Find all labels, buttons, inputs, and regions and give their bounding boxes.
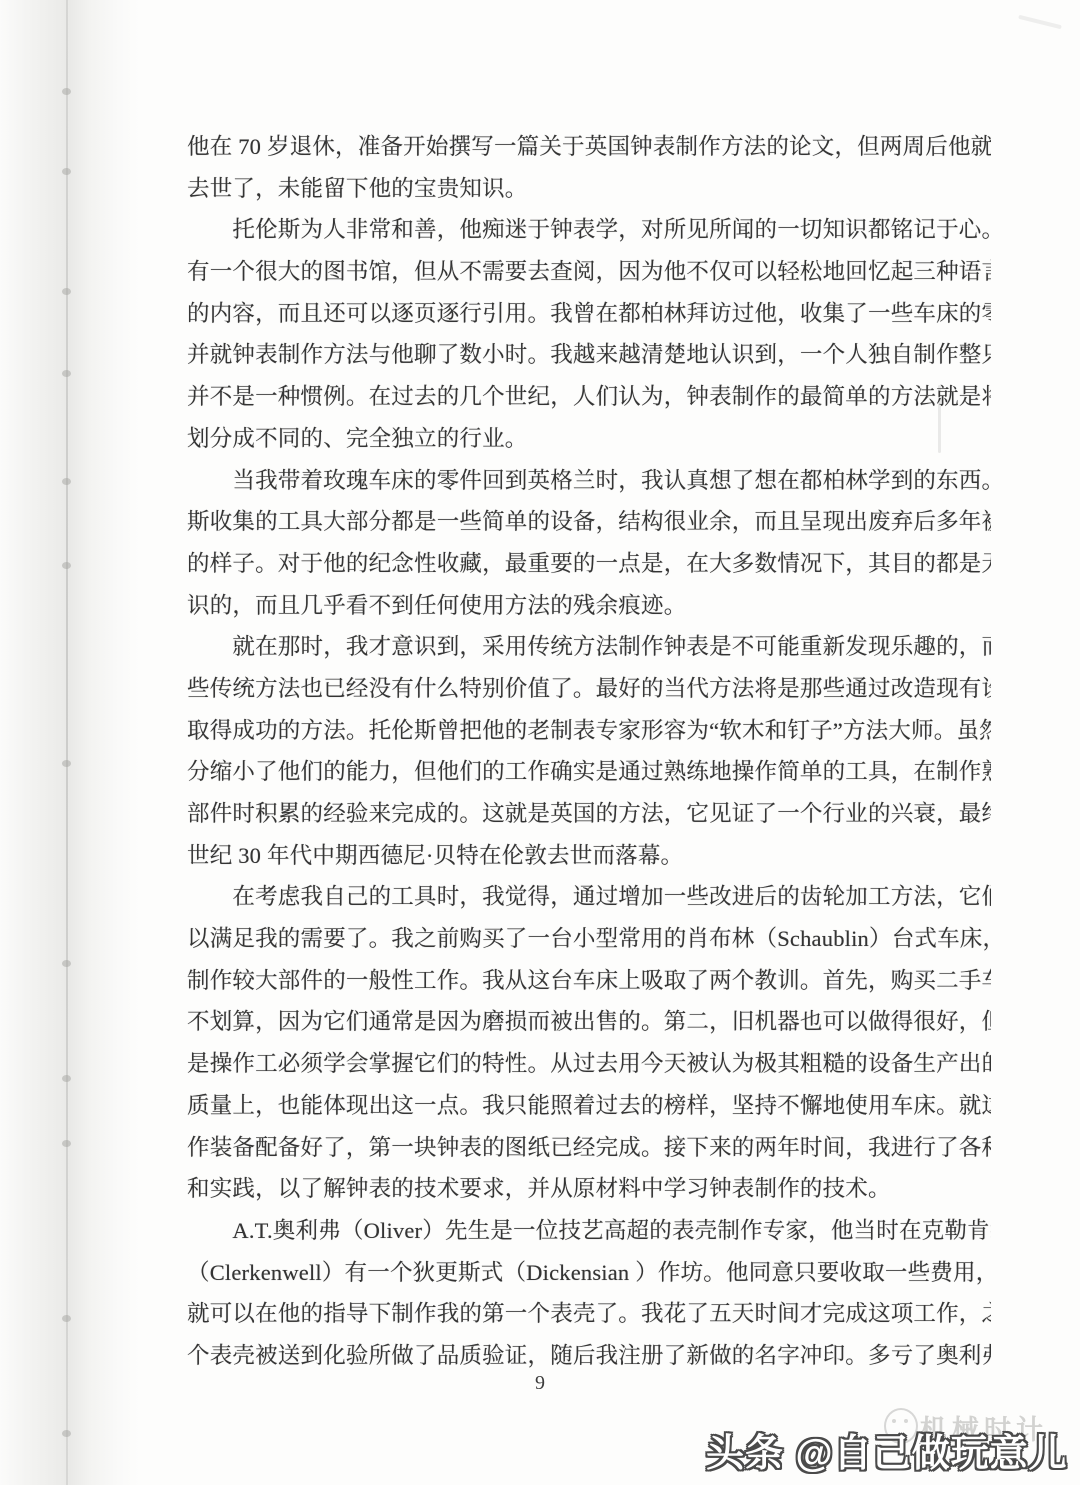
binding-stitch-mark bbox=[62, 288, 71, 295]
text-line: 世纪 30 年代中期西德尼·贝特在伦敦去世而落幕。 bbox=[187, 835, 991, 877]
text-line: 托伦斯为人非常和善，他痴迷于钟表学，对所见所闻的一切知识都铭记于心。他拥 bbox=[187, 209, 991, 251]
binding-stitch-mark bbox=[62, 1430, 71, 1437]
text-line: 不划算，因为它们通常是因为磨损而被出售的。第二，旧机器也可以做得很好，但前提 bbox=[187, 1001, 991, 1043]
binding-stitch-mark bbox=[62, 1315, 71, 1322]
binding-stitch-mark bbox=[62, 1140, 71, 1147]
binding-stitch-mark bbox=[62, 168, 71, 175]
text-line: 在考虑我自己的工具时，我觉得，通过增加一些改进后的齿轮加工方法，它们就足 bbox=[187, 876, 991, 918]
text-line: 去世了，未能留下他的宝贵知识。 bbox=[187, 168, 991, 210]
text-line: 他在 70 岁退休，准备开始撰写一篇关于英国钟表制作方法的论文，但两周后他就不幸 bbox=[187, 126, 991, 168]
spine-shading bbox=[0, 0, 140, 1485]
text-line: 分缩小了他们的能力，但他们的工作确实是通过熟练地操作简单的工具，在制作熟悉的 bbox=[187, 751, 991, 793]
text-line: 就可以在他的指导下制作我的第一个表壳了。我花了五天时间才完成这项工作，之后这 bbox=[187, 1293, 991, 1335]
binding-stitch-mark bbox=[62, 960, 71, 967]
text-line: 划分成不同的、完全独立的行业。 bbox=[187, 418, 991, 460]
body-text: 他在 70 岁退休，准备开始撰写一篇关于英国钟表制作方法的论文，但两周后他就不幸… bbox=[187, 126, 991, 1377]
binding-stitch-mark bbox=[62, 88, 71, 95]
platform-watermark-text: 头条 @自己做玩意儿 bbox=[706, 1422, 1068, 1477]
text-line: （Clerkenwell）有一个狄更斯式（Dickensian ）作坊。他同意只… bbox=[187, 1252, 991, 1294]
text-line: 些传统方法也已经没有什么特别价值了。最好的当代方法将是那些通过改造现有设备而 bbox=[187, 668, 991, 710]
binding-stitch-mark bbox=[62, 562, 71, 569]
text-line: 和实践，以了解钟表的技术要求，并从原材料中学习钟表制作的技术。 bbox=[187, 1168, 991, 1210]
spine-fold-line bbox=[66, 0, 68, 1485]
text-line: 取得成功的方法。托伦斯曾把他的老制表专家形容为“软木和钉子”方法大师。虽然这过 bbox=[187, 710, 991, 752]
scanned-book-page: 他在 70 岁退休，准备开始撰写一篇关于英国钟表制作方法的论文，但两周后他就不幸… bbox=[0, 0, 1080, 1485]
binding-stitch-mark bbox=[62, 760, 71, 767]
text-line: 当我带着玫瑰车床的零件回到英格兰时，我认真想了想在都柏林学到的东西。托伦 bbox=[187, 460, 991, 502]
page-number: 9 bbox=[0, 1372, 1080, 1395]
text-line: 是操作工必须学会掌握它们的特性。从过去用今天被认为极其粗糙的设备生产出的产品 bbox=[187, 1043, 991, 1085]
scan-smudge bbox=[1018, 15, 1062, 30]
text-line: 的内容，而且还可以逐页逐行引用。我曾在都柏林拜访过他，收集了一些车床的零件， bbox=[187, 293, 991, 335]
text-line: 部件时积累的经验来完成的。这就是英国的方法，它见证了一个行业的兴衰，最终以 20 bbox=[187, 793, 991, 835]
text-line: 有一个很大的图书馆，但从不需要去查阅，因为他不仅可以轻松地回忆起三种语言的书 bbox=[187, 251, 991, 293]
text-line: 并不是一种惯例。在过去的几个世纪，人们认为，钟表制作的最简单的方法就是将工作 bbox=[187, 376, 991, 418]
text-line: 就在那时，我才意识到，采用传统方法制作钟表是不可能重新发现乐趣的，而且这 bbox=[187, 626, 991, 668]
text-line: 的样子。对于他的纪念性收藏，最重要的一点是，在大多数情况下，其目的都是无法辨 bbox=[187, 543, 991, 585]
text-line: A.T.奥利弗（Oliver）先生是一位技艺高超的表壳制作专家，他当时在克勒肯维… bbox=[187, 1210, 991, 1252]
text-line: 作装备配备好了，第一块钟表的图纸已经完成。接下来的两年时间，我进行了各种实验 bbox=[187, 1127, 991, 1169]
binding-stitch-mark bbox=[62, 1075, 71, 1082]
text-line: 斯收集的工具大部分都是一些简单的设备，结构很业余，而且呈现出废弃后多年被忽视 bbox=[187, 501, 991, 543]
text-line: 并就钟表制作方法与他聊了数小时。我越来越清楚地认识到，一个人独自制作整只钟表 bbox=[187, 334, 991, 376]
text-line: 个表壳被送到化验所做了品质验证，随后我注册了新做的名字冲印。多亏了奥利弗，克 bbox=[187, 1335, 991, 1377]
text-line: 制作较大部件的一般性工作。我从这台车床上吸取了两个教训。首先，购买二手车床并 bbox=[187, 960, 991, 1002]
text-line: 以满足我的需要了。我之前购买了一台小型常用的肖布林（Schaublin）台式车床… bbox=[187, 918, 991, 960]
text-line: 质量上，也能体现出这一点。我只能照着过去的榜样，坚持不懈地使用车床。就这样工 bbox=[187, 1085, 991, 1127]
binding-stitch-mark bbox=[62, 370, 71, 377]
text-line: 识的，而且几乎看不到任何使用方法的残余痕迹。 bbox=[187, 585, 991, 627]
binding-stitch-mark bbox=[62, 478, 71, 485]
